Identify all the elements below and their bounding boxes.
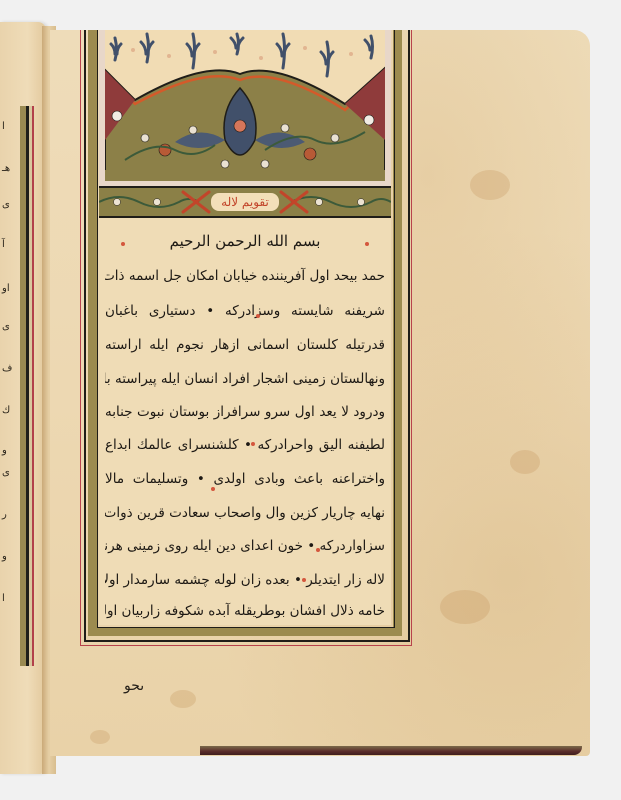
left-page-glyph: ى [2,468,12,478]
text-line: شريفنه شايسته وسزادركه • دستيارى باغبان [105,301,385,321]
left-page-glyph: ا [2,594,12,604]
left-page-glyph: هـ [2,164,12,174]
left-page-glyph: ى [2,200,12,210]
text-line: نهايه چاريار كزين وال واصحاب سعادت قرين … [105,503,385,523]
text-block: بسم الله الرحمن الرحيم حمد بيحد اول آفري… [99,218,391,625]
illuminated-headpiece [99,30,391,186]
left-page-glyph: ا [2,122,12,132]
rubric-title: تقويم لاله [211,192,279,212]
red-verse-marker [302,578,306,582]
left-page-frame [0,106,26,666]
page-block-edge [200,746,582,755]
text-line: حمد بيحد اول آفريننده خيابان امكان جل اس… [105,266,385,286]
left-facing-page: ا هـ ى آ او ى ف ك و ى ر و ا [0,22,46,774]
red-verse-marker [365,242,369,246]
left-page-glyph: ى [2,322,12,332]
basmala: بسم الله الرحمن الرحيم [139,232,351,250]
text-line: قدرتيله كلستان اسمانى ازهار نجوم ايله ار… [105,335,385,355]
left-page-glyph: و [2,552,12,562]
left-page-glyph: ف [2,364,12,374]
red-verse-marker [316,548,320,552]
red-verse-marker [251,442,255,446]
text-line: واختراعنه باعث وبادى اولدى • وتسليمات ما… [105,469,385,489]
left-page-glyph: او [2,284,12,294]
text-line: لاله زار ايتديلر • بعده زان لوله چشمه سا… [105,570,385,590]
rubric-title-band: تقويم لاله [99,186,391,218]
text-line: ودرود لا يعد اول سرو سرافراز بوستان نبوت… [105,402,385,422]
red-verse-marker [211,487,215,491]
marginal-folio-note: ٮحو [124,678,144,694]
manuscript-photo: ا هـ ى آ او ى ف ك و ى ر و ا [0,0,621,800]
text-line: لطيفنه اليق واحرادركه • كلشنسراى عالمك ا… [105,435,385,455]
left-page-glyph: و [2,446,12,456]
headpiece-ornament-icon [105,30,385,181]
left-page-glyph: آ [2,240,12,250]
left-page-glyph: ر [2,510,12,520]
left-page-glyph: ك [2,406,12,416]
text-line: خامه ذلال افشان بوطريقله آبده شكوفه زارب… [105,601,385,621]
red-verse-marker [256,314,260,318]
red-verse-marker [121,242,125,246]
text-line: سزاواردركه • خون اعداى دين ايله روى زمين… [105,536,385,556]
text-line: ونهالستان زمينى اشجار افراد انسان ايله پ… [105,369,385,389]
